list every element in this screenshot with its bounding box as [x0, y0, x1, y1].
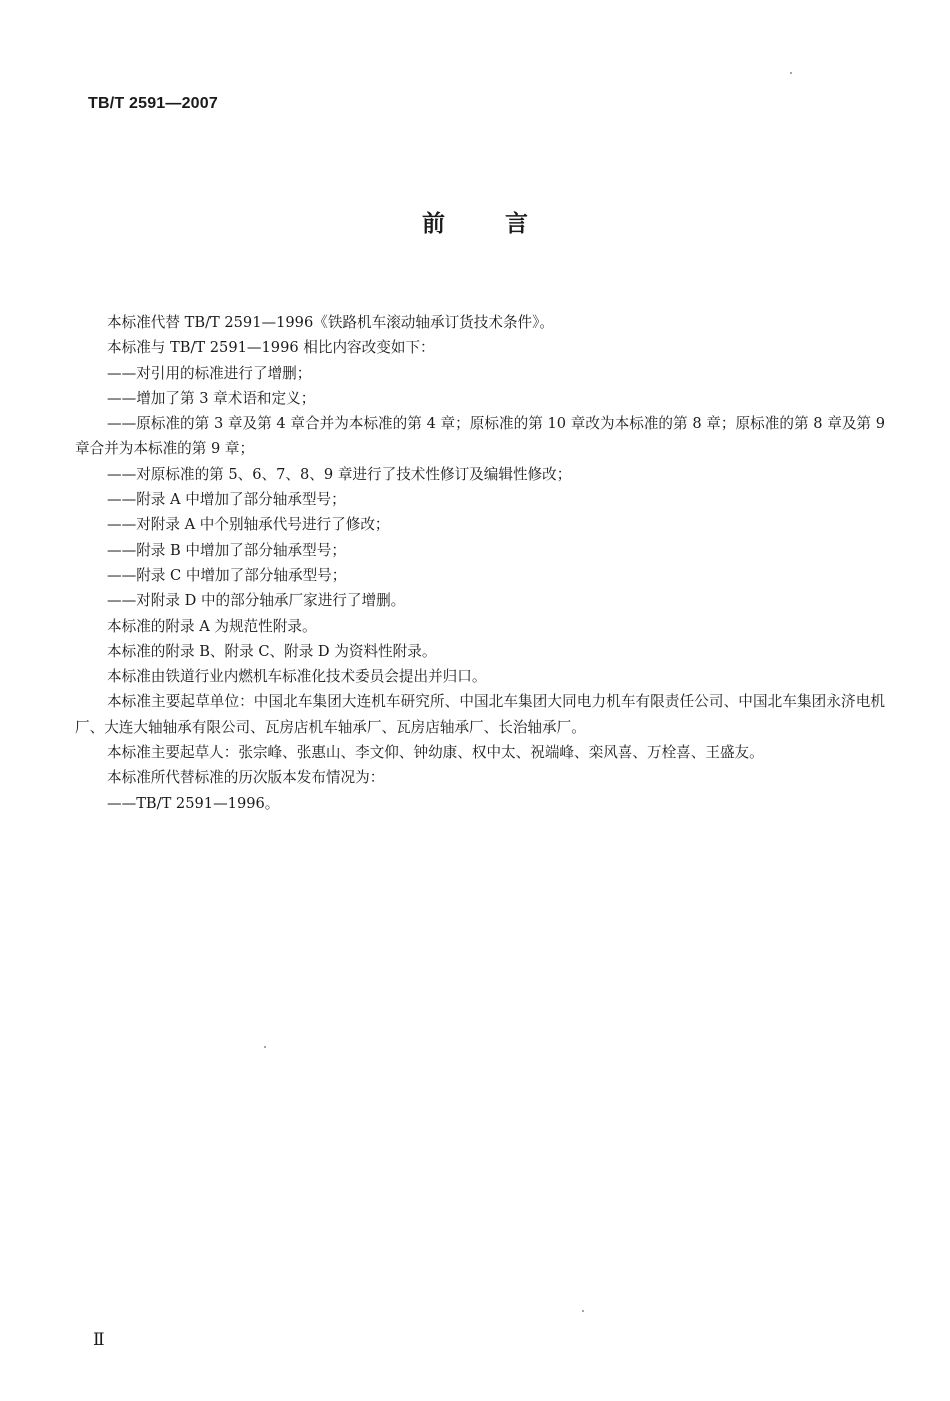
standard-number: TB/T 2591—2007 [88, 95, 218, 113]
change-item: ——附录 A 中增加了部分轴承型号； [75, 487, 885, 512]
change-item: ——对引用的标准进行了增删； [75, 361, 885, 386]
change-item: ——附录 C 中增加了部分轴承型号； [75, 563, 885, 588]
change-item: ——原标准的第 3 章及第 4 章合并为本标准的第 4 章；原标准的第 10 章… [75, 411, 885, 462]
paragraph-proposed-by: 本标准由铁道行业内燃机车标准化技术委员会提出并归口。 [75, 664, 885, 689]
foreword-body: 本标准代替 TB/T 2591—1996《铁路机车滚动轴承订货技术条件》。 本标… [75, 310, 885, 816]
paragraph-drafters: 本标准主要起草人：张宗峰、张惠山、李文仰、钟幼康、权中太、祝端峰、栾风喜、万栓喜… [75, 740, 885, 765]
paragraph-informative-annexes: 本标准的附录 B、附录 C、附录 D 为资料性附录。 [75, 639, 885, 664]
section-title-foreword: 前 言 [0, 205, 950, 238]
scan-speck [264, 1046, 266, 1048]
change-item: ——附录 B 中增加了部分轴承型号； [75, 538, 885, 563]
title-char: 言 [505, 205, 528, 238]
change-item: ——对原标准的第 5、6、7、8、9 章进行了技术性修订及编辑性修改； [75, 462, 885, 487]
paragraph-history-intro: 本标准所代替标准的历次版本发布情况为： [75, 765, 885, 790]
scan-speck [582, 1310, 584, 1312]
page-number: Ⅱ [93, 1330, 105, 1350]
history-item: ——TB/T 2591—1996。 [75, 791, 885, 816]
scan-speck [790, 72, 792, 74]
change-item: ——增加了第 3 章术语和定义； [75, 386, 885, 411]
paragraph-changes-intro: 本标准与 TB/T 2591—1996 相比内容改变如下： [75, 335, 885, 360]
paragraph-replaces: 本标准代替 TB/T 2591—1996《铁路机车滚动轴承订货技术条件》。 [75, 310, 885, 335]
paragraph-drafting-units: 本标准主要起草单位：中国北车集团大连机车研究所、中国北车集团大同电力机车有限责任… [75, 689, 885, 740]
title-char: 前 [422, 205, 445, 238]
change-item: ——对附录 A 中个别轴承代号进行了修改； [75, 512, 885, 537]
change-item: ——对附录 D 中的部分轴承厂家进行了增删。 [75, 588, 885, 613]
paragraph-normative-annex: 本标准的附录 A 为规范性附录。 [75, 614, 885, 639]
